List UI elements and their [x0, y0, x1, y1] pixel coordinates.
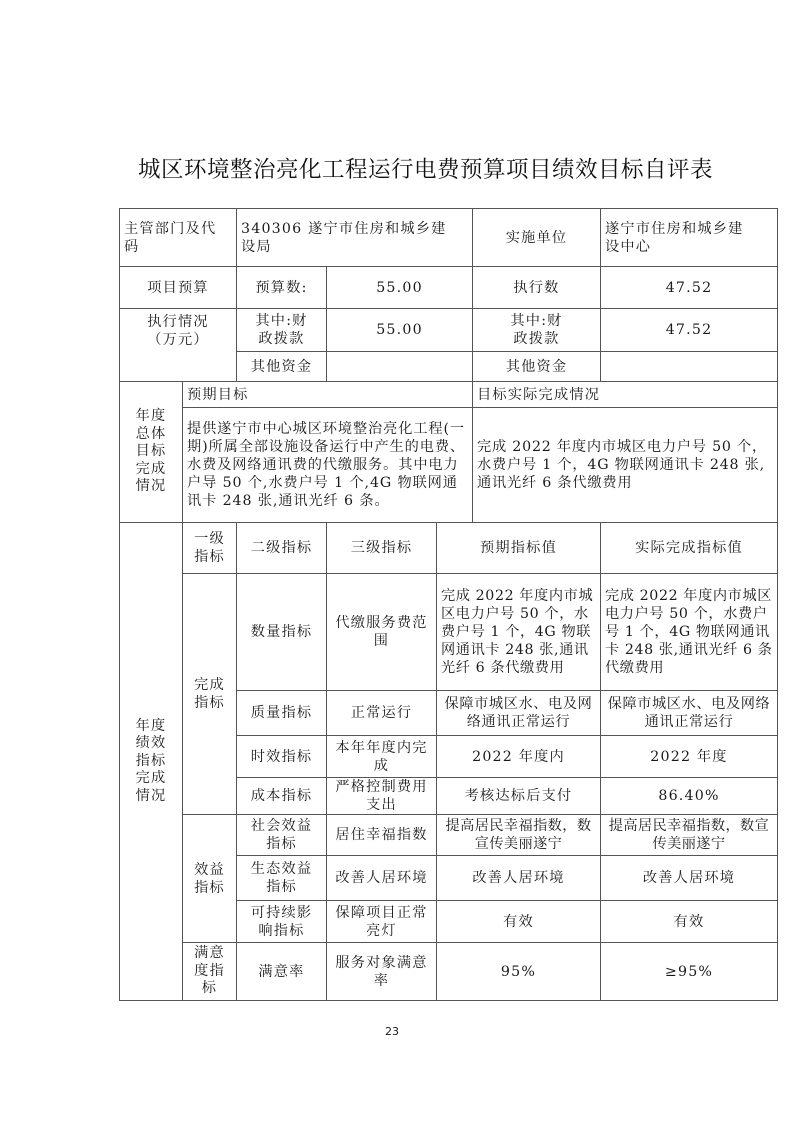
fiscal-label-right: 其中:财政拨款 — [472, 308, 601, 352]
level2-timeliness: 时效指标 — [236, 735, 327, 778]
other-funds-value-left — [326, 351, 473, 382]
exec-status-label: 执行情况（万元） — [119, 308, 237, 382]
level3-sustainable: 保障项目正常亮灯 — [326, 900, 437, 943]
actual-goal-text: 完成 2022 年度内市城区电力户号 50 个，水费户号 1 个，4G 物联网通… — [472, 407, 778, 523]
exec-num-value: 47.52 — [600, 266, 778, 309]
budget-num-label: 预算数: — [236, 266, 327, 309]
fiscal-value-left: 55.00 — [326, 308, 473, 352]
impl-value: 遂宁市住房和城乡建设中心 — [600, 208, 778, 267]
level3-cost: 严格控制费用支出 — [326, 777, 437, 815]
level3-quantity: 代缴服务费范围 — [326, 573, 437, 691]
actual-cost: 86.40% — [600, 777, 778, 815]
budget-num-value: 55.00 — [326, 266, 473, 309]
level2-cost: 成本指标 — [236, 777, 327, 815]
expected-social: 提高居民幸福指数，数宣传美丽遂宁 — [436, 814, 601, 856]
fiscal-value-right: 47.52 — [600, 308, 778, 352]
expected-timeliness: 2022 年度内 — [436, 735, 601, 778]
header-level1: 一级指标 — [182, 522, 237, 574]
dept-label: 主管部门及代码 — [119, 208, 237, 267]
expected-ecological: 改善人居环境 — [436, 855, 601, 901]
other-funds-label-right: 其他资金 — [472, 351, 601, 382]
header-expected: 预期指标值 — [436, 522, 601, 574]
header-actual: 实际完成指标值 — [600, 522, 778, 574]
level2-quantity: 数量指标 — [236, 573, 327, 691]
actual-goal-header: 目标实际完成情况 — [472, 381, 778, 408]
level2-quality: 质量指标 — [236, 690, 327, 736]
actual-quality: 保障市城区水、电及网络通讯正常运行 — [600, 690, 778, 736]
level2-ecological: 生态效益指标 — [236, 855, 327, 901]
level3-satisfaction: 服务对象满意率 — [326, 942, 437, 1001]
dept-value: 340306 遂宁市住房和城乡建设局 — [236, 208, 473, 267]
expected-sustainable: 有效 — [436, 900, 601, 943]
expected-goal-text: 提供遂宁市中心城区环境整治亮化工程(一期)所属全部设施设备运行中产生的电费、水费… — [182, 407, 473, 523]
expected-goal-header: 预期目标 — [182, 381, 473, 408]
actual-quantity: 完成 2022 年度内市城区电力户号 50 个，水费户号 1 个，4G 物联网通… — [600, 573, 778, 691]
actual-ecological: 改善人居环境 — [600, 855, 778, 901]
page-title: 城区环境整治亮化工程运行电费预算项目绩效目标自评表 — [138, 152, 778, 184]
other-funds-label-left: 其他资金 — [236, 351, 327, 382]
level2-satisfaction: 满意率 — [236, 942, 327, 1001]
expected-quality: 保障市城区水、电及网络通讯正常运行 — [436, 690, 601, 736]
actual-satisfaction: ≥95% — [600, 942, 778, 1001]
level3-social: 居住幸福指数 — [326, 814, 437, 856]
budget-label: 项目预算 — [119, 266, 237, 309]
fiscal-label-left: 其中:财政拨款 — [236, 308, 327, 352]
actual-sustainable: 有效 — [600, 900, 778, 943]
page-number: 23 — [385, 1025, 399, 1038]
overall-section-label: 年度总体目标完成情况 — [119, 381, 183, 523]
header-level3: 三级指标 — [326, 522, 437, 574]
level1-completion: 完成指标 — [182, 573, 237, 815]
header-level2: 二级指标 — [236, 522, 327, 574]
indicators-section-label: 年度绩效指标完成情况 — [119, 522, 183, 1001]
expected-satisfaction: 95% — [436, 942, 601, 1001]
level3-timeliness: 本年年度内完成 — [326, 735, 437, 778]
level1-benefit: 效益指标 — [182, 814, 237, 943]
level1-satisfaction: 满意度指标 — [182, 942, 237, 1001]
exec-num-label: 执行数 — [472, 266, 601, 309]
actual-timeliness: 2022 年度 — [600, 735, 778, 778]
level2-social: 社会效益指标 — [236, 814, 327, 856]
level3-quality: 正常运行 — [326, 690, 437, 736]
expected-quantity: 完成 2022 年度内市城区电力户号 50 个，水费户号 1 个，4G 物联网通… — [436, 573, 601, 691]
actual-social: 提高居民幸福指数，数宣传美丽遂宁 — [600, 814, 778, 856]
level3-ecological: 改善人居环境 — [326, 855, 437, 901]
impl-label: 实施单位 — [472, 208, 601, 267]
other-funds-value-right — [600, 351, 778, 382]
level2-sustainable: 可持续影响指标 — [236, 900, 327, 943]
expected-cost: 考核达标后支付 — [436, 777, 601, 815]
